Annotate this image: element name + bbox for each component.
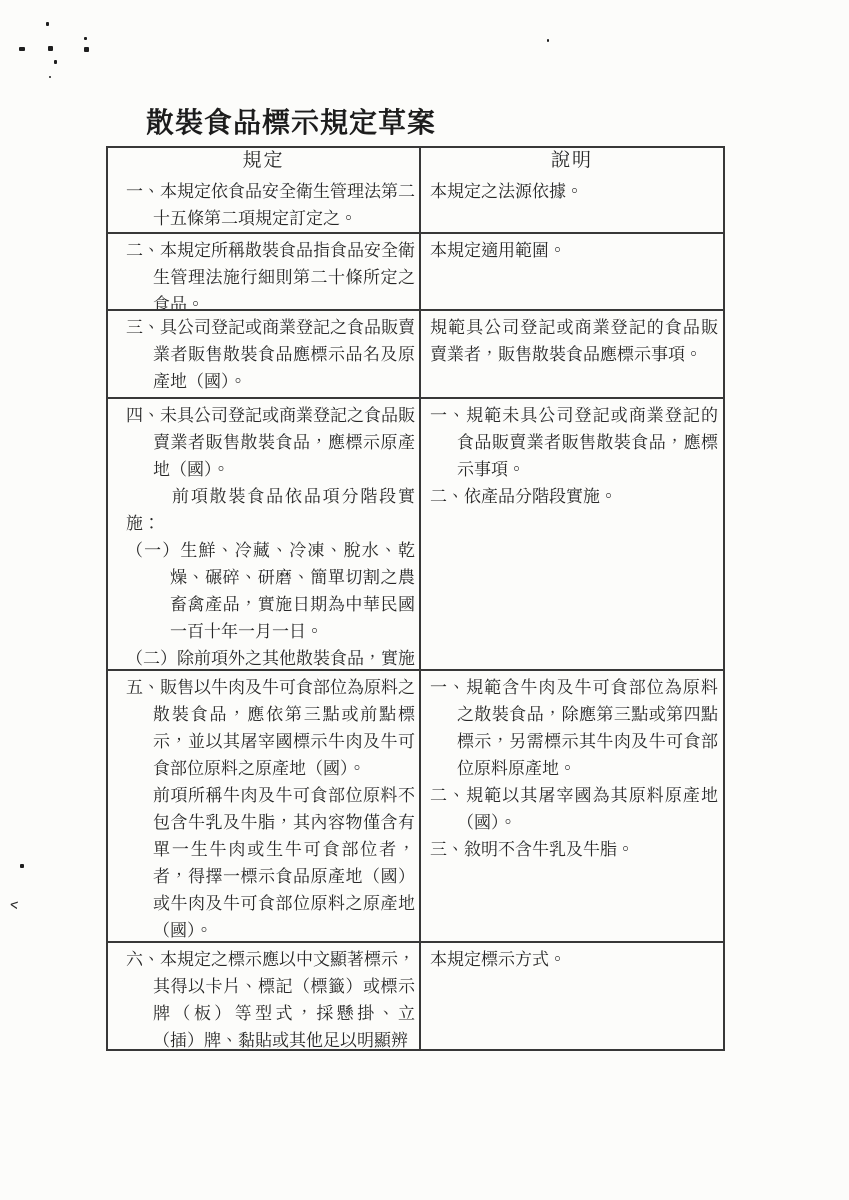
explanation-paragraph: 一、規範含牛肉及牛可食部位為原料之散裝食品，除應第三點或第四點標示，另需標示其牛…: [430, 674, 718, 782]
explanation-paragraph: 本規定之法源依據。: [430, 178, 718, 205]
table-row: 三、具公司登記或商業登記之食品販賣業者販售散裝食品應標示品名及原產地（國）。規範…: [108, 309, 723, 397]
regulation-paragraph: （二）除前項外之其他散裝食品，實施日期為一百十一年一月一日。: [126, 645, 415, 669]
regulation-cell: 五、販售以牛肉及牛可食部位為原料之散裝食品，應依第三點或前點標示，並以其屠宰國標…: [108, 671, 421, 941]
regulation-cell: 四、未具公司登記或商業登記之食品販賣業者販售散裝食品，應標示原產地（國）。前項散…: [108, 399, 421, 669]
regulation-cell: 二、本規定所稱散裝食品指食品安全衛生管理法施行細則第二十條所定之食品。: [108, 234, 421, 309]
scan-speck: [20, 864, 24, 868]
scan-speck: [48, 46, 53, 51]
table-row: 四、未具公司登記或商業登記之食品販賣業者販售散裝食品，應標示原產地（國）。前項散…: [108, 397, 723, 669]
explanation-paragraph: 三、敘明不含牛乳及牛脂。: [430, 836, 718, 863]
scan-edge-mark: <: [9, 896, 19, 915]
scan-speck: [54, 60, 57, 64]
table-row: 六、本規定之標示應以中文顯著標示，其得以卡片、標記（標籤）或標示牌（板）等型式，…: [108, 941, 723, 1049]
explanation-cell: 本規定標示方式。: [421, 943, 723, 1049]
regulation-cell: 一、本規定依食品安全衛生管理法第二十五條第二項規定訂定之。: [108, 175, 421, 232]
explanation-cell: 一、規範未具公司登記或商業登記的食品販賣業者販售散裝食品，應標示事項。二、依產品…: [421, 399, 723, 669]
scan-speck: [46, 22, 49, 26]
regulation-table: 規定 說明 一、本規定依食品安全衛生管理法第二十五條第二項規定訂定之。本規定之法…: [106, 146, 725, 1051]
explanation-paragraph: 本規定標示方式。: [430, 946, 718, 973]
regulation-paragraph: 四、未具公司登記或商業登記之食品販賣業者販售散裝食品，應標示原產地（國）。: [126, 402, 415, 483]
regulation-cell: 三、具公司登記或商業登記之食品販賣業者販售散裝食品應標示品名及原產地（國）。: [108, 311, 421, 397]
regulation-paragraph: 一、本規定依食品安全衛生管理法第二十五條第二項規定訂定之。: [126, 178, 415, 232]
scan-speck: [19, 47, 25, 51]
column-header-explanation: 說明: [421, 148, 723, 175]
document-page: 散裝食品標示規定草案 規定 說明 一、本規定依食品安全衛生管理法第二十五條第二項…: [0, 0, 849, 1200]
scan-speck: [84, 37, 87, 40]
regulation-paragraph: 前項散裝食品依品項分階段實施：: [126, 483, 415, 537]
table-header-row: 規定 說明: [108, 148, 723, 175]
regulation-paragraph: 六、本規定之標示應以中文顯著標示，其得以卡片、標記（標籤）或標示牌（板）等型式，…: [126, 946, 415, 1049]
regulation-paragraph: 二、本規定所稱散裝食品指食品安全衛生管理法施行細則第二十條所定之食品。: [126, 237, 415, 309]
regulation-paragraph: 三、具公司登記或商業登記之食品販賣業者販售散裝食品應標示品名及原產地（國）。: [126, 314, 415, 395]
explanation-paragraph: 規範具公司登記或商業登記的食品販賣業者，販售散裝食品應標示事項。: [430, 314, 718, 368]
regulation-paragraph: 前項所稱牛肉及牛可食部位原料不包含牛乳及牛脂，其內容物僅含有單一生牛肉或生牛可食…: [126, 782, 415, 941]
table-body: 一、本規定依食品安全衛生管理法第二十五條第二項規定訂定之。本規定之法源依據。二、…: [108, 175, 723, 1049]
explanation-cell: 本規定適用範圍。: [421, 234, 723, 309]
scan-speck: [547, 39, 549, 42]
explanation-paragraph: 本規定適用範圍。: [430, 237, 718, 264]
table-row: 五、販售以牛肉及牛可食部位為原料之散裝食品，應依第三點或前點標示，並以其屠宰國標…: [108, 669, 723, 941]
regulation-paragraph: 五、販售以牛肉及牛可食部位為原料之散裝食品，應依第三點或前點標示，並以其屠宰國標…: [126, 674, 415, 782]
explanation-paragraph: 二、依產品分階段實施。: [430, 483, 718, 510]
explanation-paragraph: 二、規範以其屠宰國為其原料原產地（國）。: [430, 782, 718, 836]
scan-speck: [49, 76, 51, 78]
table-row: 一、本規定依食品安全衛生管理法第二十五條第二項規定訂定之。本規定之法源依據。: [108, 175, 723, 232]
regulation-cell: 六、本規定之標示應以中文顯著標示，其得以卡片、標記（標籤）或標示牌（板）等型式，…: [108, 943, 421, 1049]
explanation-cell: 一、規範含牛肉及牛可食部位為原料之散裝食品，除應第三點或第四點標示，另需標示其牛…: [421, 671, 723, 941]
document-title: 散裝食品標示規定草案: [146, 101, 436, 141]
explanation-cell: 本規定之法源依據。: [421, 175, 723, 232]
scan-speck: [84, 47, 89, 52]
explanation-paragraph: 一、規範未具公司登記或商業登記的食品販賣業者販售散裝食品，應標示事項。: [430, 402, 718, 483]
table-row: 二、本規定所稱散裝食品指食品安全衛生管理法施行細則第二十條所定之食品。本規定適用…: [108, 232, 723, 309]
explanation-cell: 規範具公司登記或商業登記的食品販賣業者，販售散裝食品應標示事項。: [421, 311, 723, 397]
regulation-paragraph: （一）生鮮、冷藏、冷凍、脫水、乾燥、碾碎、研磨、簡單切割之農畜禽產品，實施日期為…: [126, 537, 415, 645]
column-header-regulation: 規定: [108, 148, 421, 175]
